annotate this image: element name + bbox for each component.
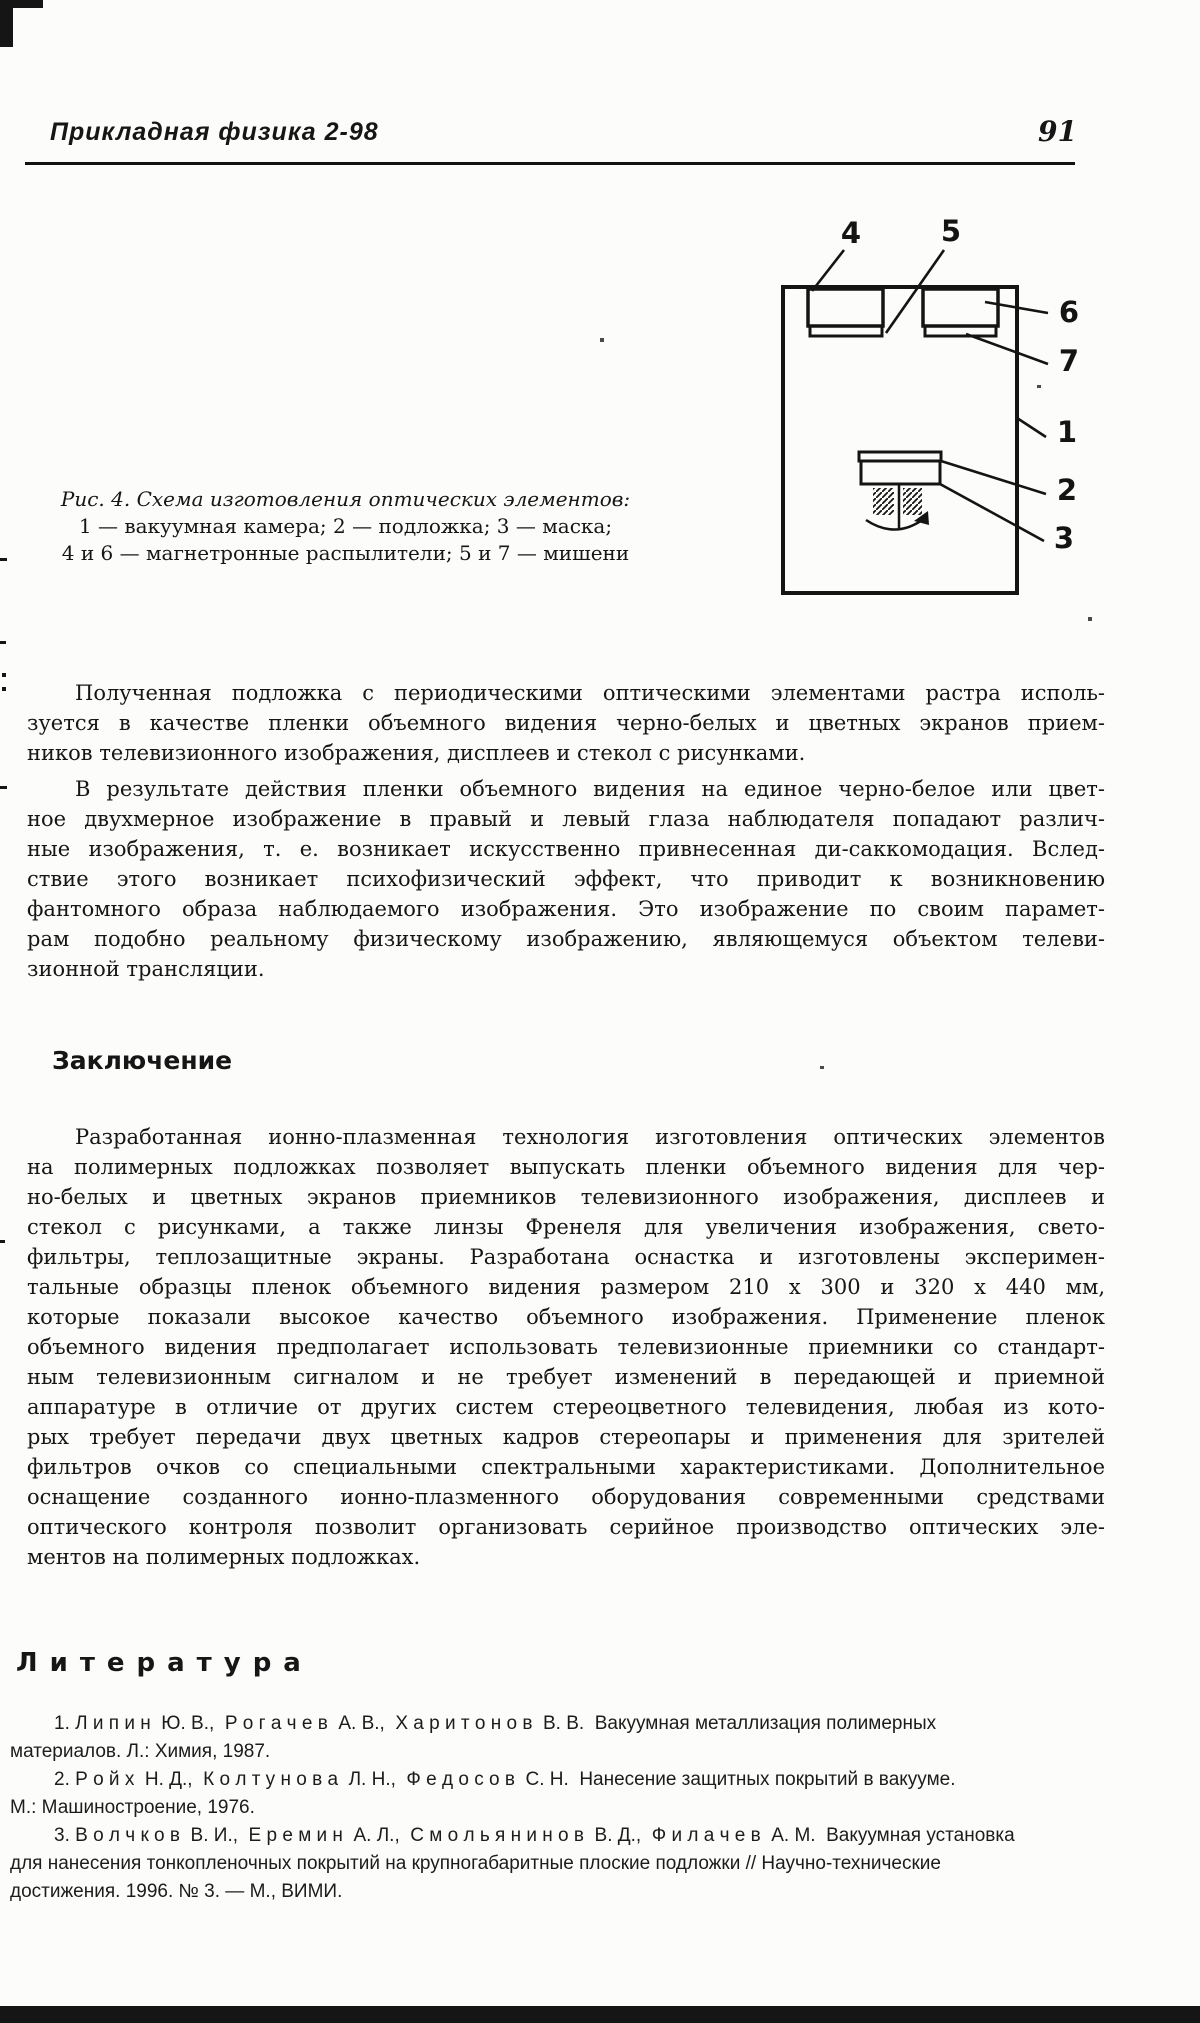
leader-4 [812,250,844,291]
substrate-holder [861,461,940,484]
reference-line: для нанесения тонкопленочных покрытий на… [10,1850,1110,1878]
text-line: фильтры, теплозащитные экраны. Разработа… [27,1242,1105,1272]
text-line: Разработанная ионно-плазменная технологи… [27,1122,1105,1152]
text-line: зионной трансляции. [27,954,1105,984]
text-line: тальные образцы пленок объемного видения… [27,1272,1105,1302]
magnetron-sputter-left [808,289,883,326]
text-line: объемного видения предполагает использов… [27,1332,1105,1362]
literature-heading: Литература [16,1648,313,1678]
figure-label-1: 1 [1057,415,1077,449]
conclusion-heading: Заключение [52,1046,232,1075]
figure-label-2: 2 [1057,473,1077,507]
text-line: фантомного образа наблюдаемого изображен… [27,894,1105,924]
leader-1 [1017,418,1046,437]
text-line: оптического контроля позволит организова… [27,1512,1105,1542]
scan-artifact [13,0,43,8]
leader-3 [940,484,1044,541]
reference-item-2: 2. Р о й х Н. Д., К о л т у н о в а Л. Н… [10,1766,1110,1822]
reference-item-1: 1. Л и п и н Ю. В., Р о г а ч е в А. В.,… [10,1710,1110,1766]
figure-label-6: 6 [1059,295,1079,329]
scan-edge-bar [0,2006,1200,2023]
reference-list: 1. Л и п и н Ю. В., Р о г а ч е в А. В.,… [10,1710,1110,1906]
leader-2 [941,461,1046,494]
conclusion-paragraph: Разработанная ионно-плазменная технологи… [27,1122,1105,1572]
figure-caption-title: Рис. 4. Схема изготовления оптических эл… [58,486,633,513]
target-left [810,326,882,336]
magnetron-sputter-right [923,289,998,326]
reference-line: 1. Л и п и н Ю. В., Р о г а ч е в А. В.,… [10,1710,1110,1738]
scan-artifact [0,1240,5,1243]
reference-item-3: 3. В о л ч к о в В. И., Е р е м и н А. Л… [10,1822,1110,1906]
reference-line: М.: Машиностроение, 1976. [10,1794,1110,1822]
vacuum-chamber-outline [783,287,1017,593]
reference-line: 3. В о л ч к о в В. И., Е р е м и н А. Л… [10,1822,1110,1850]
page-number: 91 [1038,115,1077,148]
text-line: ментов на полимерных подложках. [27,1542,1105,1572]
figure-label-4: 4 [841,216,861,250]
scan-artifact [0,558,7,561]
target-right [925,326,996,336]
leader-lines [812,250,1048,541]
reference-line: достижения. 1996. № 3. — М., ВИМИ. [10,1878,1110,1906]
figure-label-7: 7 [1059,344,1079,378]
leader-5 [886,250,944,333]
figure-scheme: 4 5 6 7 1 2 3 [740,200,1120,610]
body-paragraph-1: Полученная подложка с периодическими опт… [27,678,1105,768]
figure-caption-legend: 1 — вакуумная камера; 2 — подложка; 3 — … [58,513,633,540]
text-line: но-белых и цветных экранов приемников те… [27,1182,1105,1212]
journal-title: Прикладная физика 2-98 [50,118,379,147]
text-line: ные изображения, т. е. возникает искусст… [27,834,1105,864]
text-line: рых требует передачи двух цветных кадров… [27,1422,1105,1452]
header-rule [25,162,1075,165]
text-line: которые показали высокое качество объемн… [27,1302,1105,1332]
reference-line: материалов. Л.: Химия, 1987. [10,1738,1110,1766]
figure-label-5: 5 [941,214,961,248]
hatched-support-right [903,488,922,515]
leader-7 [966,334,1048,364]
text-line: на полимерных подложках позволяет выпуск… [27,1152,1105,1182]
text-line: ников телевизионного изображения, диспле… [27,738,1105,768]
text-line: ствие этого возникает психофизический эф… [27,864,1105,894]
scan-artifact [2,687,6,691]
text-line: рам подобно реальному физическому изобра… [27,924,1105,954]
figure-caption-legend: 4 и 6 — магнетронные распылители; 5 и 7 … [58,540,633,567]
scan-artifact [0,641,6,644]
scan-artifact [820,1066,824,1069]
text-line: фильтров очков со специальными спектраль… [27,1452,1105,1482]
hatched-support-left [873,488,894,515]
scan-artifact [1037,385,1041,388]
text-line: зуется в качестве пленки объемного виден… [27,708,1105,738]
text-line: ным телевизионным сигналом и не требует … [27,1362,1105,1392]
figure-caption: Рис. 4. Схема изготовления оптических эл… [58,486,633,567]
figure-label-3: 3 [1054,521,1074,555]
scan-artifact [2,673,6,677]
text-line: Полученная подложка с периодическими опт… [27,678,1105,708]
text-line: аппаратуре в отличие от других систем ст… [27,1392,1105,1422]
body-paragraph-2: В результате действия пленки объемного в… [27,774,1105,984]
scan-artifact [0,786,7,789]
scan-artifact [600,338,604,342]
scan-artifact [1088,617,1092,621]
text-line: ное двухмерное изображение в правый и ле… [27,804,1105,834]
journal-page: Прикладная физика 2-98 91 [0,0,1200,2023]
text-line: В результате действия пленки объемного в… [27,774,1105,804]
text-line: стекол с рисунками, а также линзы Френел… [27,1212,1105,1242]
scan-artifact [0,0,13,47]
reference-line: 2. Р о й х Н. Д., К о л т у н о в а Л. Н… [10,1766,1110,1794]
text-line: оснащение созданного ионно-плазменного о… [27,1482,1105,1512]
